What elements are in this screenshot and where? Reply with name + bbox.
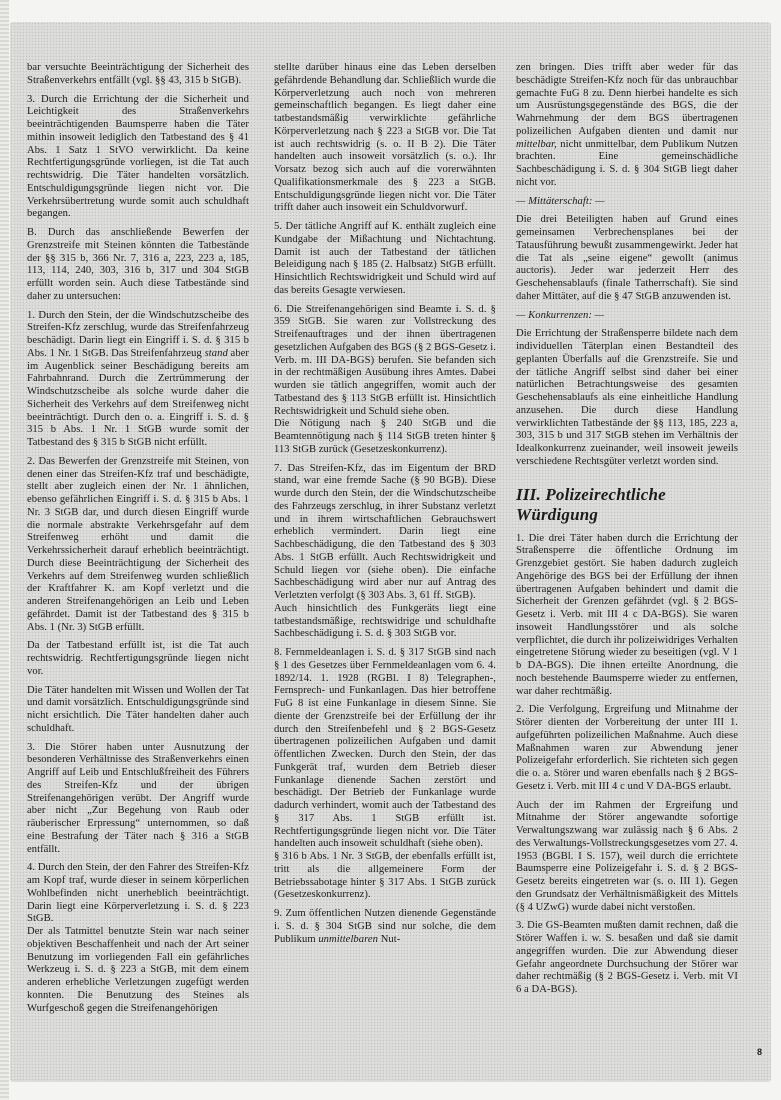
paragraph: Die Errichtung der Straßensperre bildete… [516,328,738,468]
paragraph: bar versuchte Beeinträchtigung der Siche… [27,62,249,88]
section-heading: III. Polizeirechtliche Würdigung [516,485,738,525]
paragraph: 1. Die drei Täter haben durch die Errich… [516,533,738,699]
paragraph: stellte darüber hinaus eine das Leben de… [274,62,496,215]
text-run: aber im Augenblick seiner Beschädigung b… [27,348,249,448]
text-column-1: bar versuchte Beeinträchtigung der Siche… [27,62,249,1021]
text-column-3: zen bringen. Dies trifft aber weder für … [516,62,738,1003]
paragraph: Auch der im Rahmen der Ergreifung und Mi… [516,800,738,915]
paragraph: § 316 b Abs. 1 Nr. 3 StGB, der ebenfalls… [274,851,496,902]
paragraph: 8. Fernmeldeanlagen i. S. d. § 317 StGB … [274,647,496,851]
paragraph: Auch hinsichtlich des Funkgeräts liegt e… [274,603,496,641]
paragraph: 6. Die Streifenangehörigen sind Beamte i… [274,304,496,419]
subheading-mittaeterschaft: — Mittäterschaft: — [516,196,738,209]
emphasized-text: unmittelbaren [318,934,378,945]
scan-left-edge [0,0,9,1100]
text-run: Nut- [378,934,400,945]
paragraph: Der als Tatmittel benutzte Stein war nac… [27,926,249,1015]
paragraph: Da der Tatbestand erfüllt ist, ist die T… [27,640,249,678]
page-number: 8 [757,1047,762,1057]
emphasized-text: stand [205,348,228,359]
paragraph: 3. Durch die Errichtung der die Sicherhe… [27,94,249,222]
paragraph: Die Nötigung nach § 240 StGB und die Bea… [274,418,496,456]
paragraph: B. Durch das anschließende Bewerfen der … [27,227,249,304]
paragraph: 1. Durch den Stein, der die Windschutzsc… [27,310,249,450]
paragraph: 7. Das Streifen-Kfz, das im Eigentum der… [274,463,496,603]
paragraph: 3. Die Störer haben unter Ausnutzung der… [27,742,249,857]
text-run: zen bringen. Dies trifft aber weder für … [516,62,738,137]
emphasized-text: mittelbar, [516,139,557,150]
paragraph: 2. Die Verfolgung, Ergreifung und Mitnah… [516,704,738,793]
paragraph: zen bringen. Dies trifft aber weder für … [516,62,738,190]
text-column-2: stellte darüber hinaus eine das Leben de… [274,62,496,952]
paragraph: Die drei Beteiligten haben auf Grund ein… [516,214,738,303]
paragraph: Die Täter handelten mit Wissen und Wolle… [27,685,249,736]
paragraph: 5. Der tätliche Angriff auf K. enthält z… [274,221,496,298]
paragraph: 3. Die GS-Beamten mußten damit rechnen, … [516,920,738,997]
paragraph: 2. Das Bewerfen der Grenzstreife mit Ste… [27,456,249,635]
paragraph: 9. Zum öffentlichen Nutzen dienende Gege… [274,908,496,946]
paragraph: 4. Durch den Stein, der den Fahrer des S… [27,862,249,926]
subheading-konkurrenzen: — Konkurrenzen: — [516,310,738,323]
